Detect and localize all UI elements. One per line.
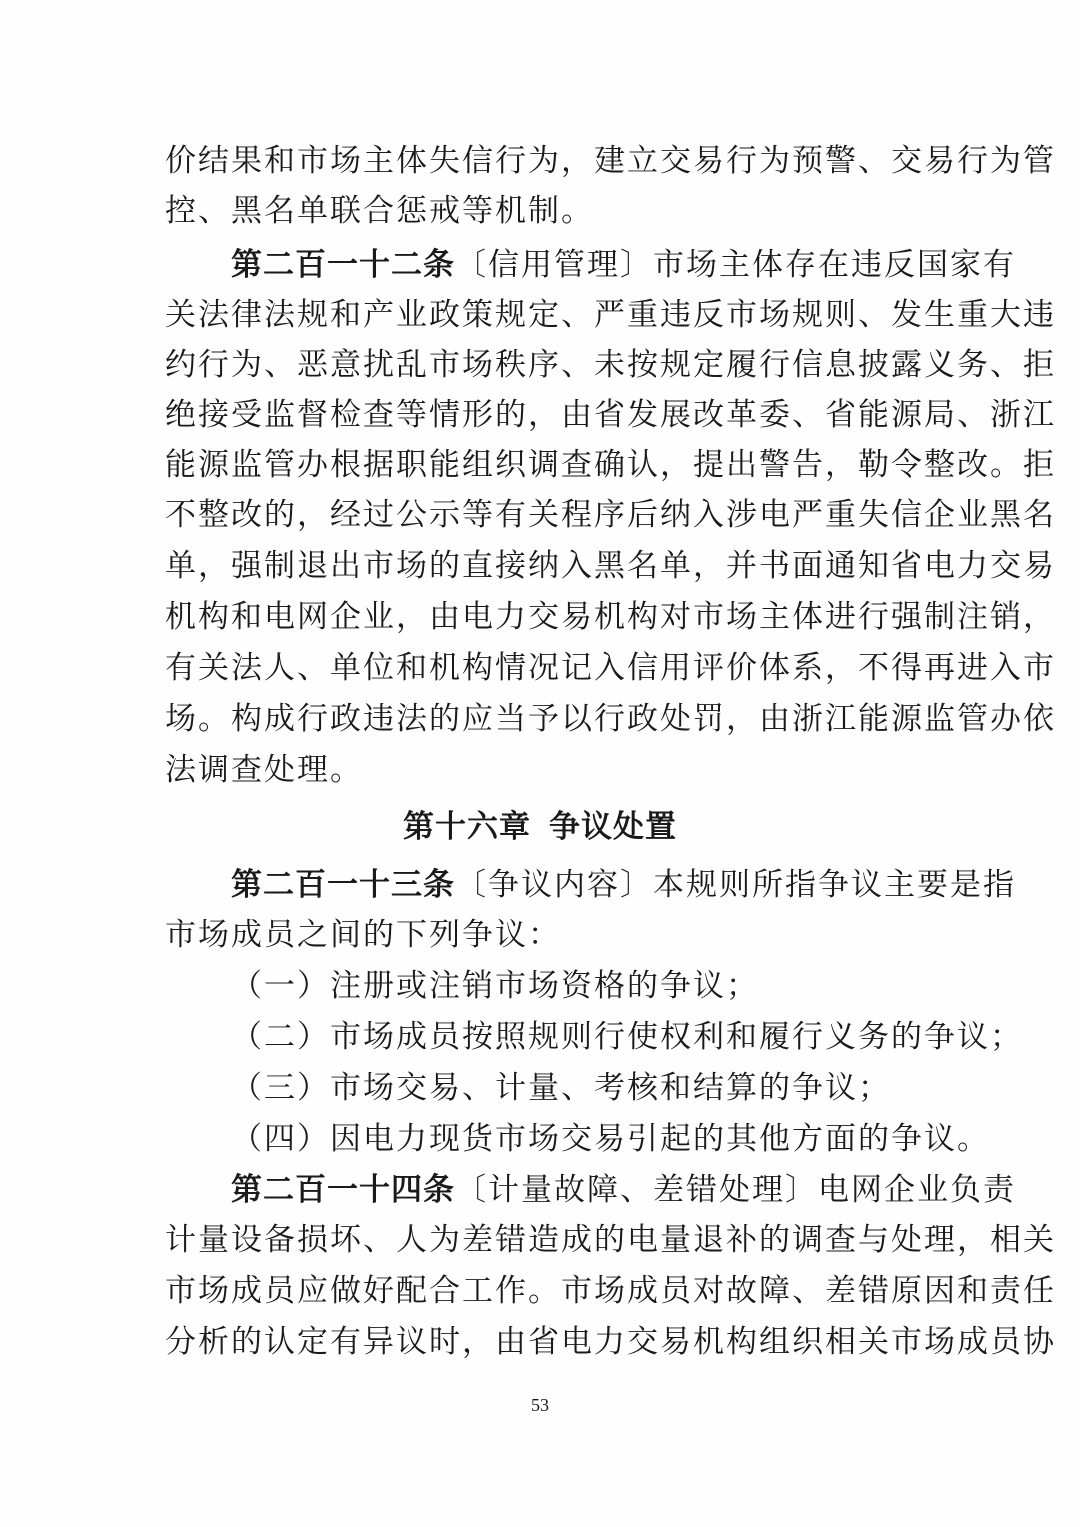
- list-item: （四）因电力现货市场交易引起的其他方面的争议。: [231, 1114, 917, 1164]
- paragraph-line: 关法律法规和产业政策规定、严重违反市场规则、发生重大违: [165, 290, 917, 340]
- paragraph-line: 市场成员应做好配合工作。市场成员对故障、差错原因和责任: [165, 1266, 917, 1316]
- article-214-first-line: 第二百一十四条〔计量故障、差错处理〕电网企业负责: [231, 1165, 917, 1215]
- article-214-heading: 第二百一十四条: [231, 1172, 455, 1208]
- paragraph-line: 约行为、恶意扰乱市场秩序、未按规定履行信息披露义务、拒: [165, 340, 917, 390]
- document-page: 价结果和市场主体失信行为，建立交易行为预警、交易行为管 控、黑名单联合惩戒等机制…: [0, 0, 1080, 1527]
- paragraph-line: 计量设备损坏、人为差错造成的电量退补的调查与处理，相关: [165, 1215, 917, 1265]
- article-213-first-line: 第二百一十三条〔争议内容〕本规则所指争议主要是指: [231, 860, 917, 910]
- paragraph-line: 绝接受监督检查等情形的，由省发展改革委、省能源局、浙江: [165, 390, 917, 440]
- article-213-heading: 第二百一十三条: [231, 867, 455, 903]
- article-212-heading: 第二百一十二条: [231, 247, 455, 283]
- paragraph-line: 法调查处理。: [165, 745, 917, 795]
- paragraph-line: 有关法人、单位和机构情况记入信用评价体系，不得再进入市: [165, 643, 917, 693]
- list-item: （二）市场成员按照规则行使权利和履行义务的争议；: [231, 1012, 917, 1062]
- paragraph-line: 分析的认定有异议时，由省电力交易机构组织相关市场成员协: [165, 1317, 917, 1367]
- list-item: （三）市场交易、计量、考核和结算的争议；: [231, 1063, 917, 1113]
- article-214-first-line-text: 〔计量故障、差错处理〕电网企业负责: [455, 1172, 1016, 1208]
- article-212-first-line-text: 〔信用管理〕市场主体存在违反国家有: [455, 247, 1016, 283]
- paragraph-line: 能源监管办根据职能组织调查确认，提出警告，勒令整改。拒: [165, 440, 917, 490]
- paragraph-line: 场。构成行政违法的应当予以行政处罚，由浙江能源监管办依: [165, 694, 917, 744]
- chapter-number: 第十六章: [403, 809, 531, 845]
- chapter-heading: 第十六章争议处置: [0, 802, 1080, 852]
- page-number: 53: [0, 1393, 1080, 1417]
- paragraph-line: 价结果和市场主体失信行为，建立交易行为预警、交易行为管: [165, 136, 917, 186]
- article-213-first-line-text: 〔争议内容〕本规则所指争议主要是指: [455, 867, 1016, 903]
- article-212-first-line: 第二百一十二条〔信用管理〕市场主体存在违反国家有: [231, 240, 917, 290]
- chapter-title: 争议处置: [549, 809, 677, 845]
- paragraph-line: 市场成员之间的下列争议：: [165, 910, 917, 960]
- paragraph-line: 不整改的，经过公示等有关程序后纳入涉电严重失信企业黑名: [165, 490, 917, 540]
- list-item: （一）注册或注销市场资格的争议；: [231, 961, 917, 1011]
- paragraph-line: 控、黑名单联合惩戒等机制。: [165, 186, 917, 236]
- paragraph-line: 机构和电网企业，由电力交易机构对市场主体进行强制注销，: [165, 592, 917, 642]
- paragraph-line: 单，强制退出市场的直接纳入黑名单，并书面通知省电力交易: [165, 541, 917, 591]
